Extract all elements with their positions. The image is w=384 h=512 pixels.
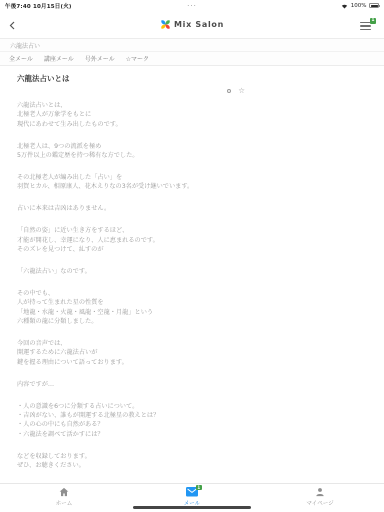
back-button[interactable] (9, 20, 17, 30)
status-bar: 午後7:40 10月15日(火) ··· 100% (0, 0, 384, 11)
status-time-date: 午後7:40 10月15日(火) (5, 2, 72, 10)
chevron-left-icon (9, 21, 15, 30)
home-indicator[interactable] (133, 506, 251, 509)
mailbox-title-bar: 六龍法占い (0, 39, 384, 52)
mail-paragraph: 今回の音声では、 開運するために六龍法占いが 鍵を握る理由について語っております… (17, 339, 250, 367)
mail-paragraph: 占いに本来は吉凶はありません。 (17, 204, 250, 213)
wifi-icon (341, 3, 348, 9)
menu-bar (360, 29, 371, 30)
tab-bar-label-mypage: マイページ (306, 499, 333, 507)
brand-name: Mix Salon (174, 20, 224, 29)
mail-paragraph: 内容ですが… (17, 380, 250, 389)
mail-paragraph: その中でも、 人が持って生まれた星の性質を 「地龍・水龍・火龍・風龍・空龍・月龍… (17, 289, 250, 327)
mail-paragraph: などを収録しております。 ぜひ、お聴きください。 (17, 452, 250, 471)
mail-paragraph: 北極老人は、9つの流派を極め 5万件以上の鑑定歴を持つ稀有な方でした。 (17, 142, 250, 161)
mail-paragraph: 六龍法占いとは、 北極老人が万象学をもとに 現代にあわせて生み出したものです。 (17, 101, 250, 129)
unread-circle-icon[interactable] (227, 89, 232, 94)
tab-bar-item-mypage[interactable]: マイページ (256, 484, 384, 512)
multitask-dots-icon[interactable]: ··· (187, 3, 197, 9)
battery-icon (369, 3, 379, 8)
mail-paragraph: ・人の意識を6つに分類する占いについて。 ・吉凶がない、誰もが開運する北極星の教… (17, 402, 250, 440)
tab-all-mail[interactable]: 全メール (9, 54, 33, 63)
person-icon (314, 487, 326, 497)
menu-button[interactable]: 1 (360, 22, 371, 30)
brand-logo: Mix Salon (160, 19, 224, 30)
mailbox-title: 六龍法占い (10, 41, 40, 50)
tab-star-mark[interactable]: ☆マーク (126, 54, 149, 63)
mail-paragraph: その北極老人が編み出した「占い」を 羽賀ヒカル、相原康人、花木えりなの3名が受け… (17, 173, 250, 192)
brand-pinwheel-icon (160, 19, 171, 30)
status-right-cluster: 100% (341, 3, 379, 9)
app-screen: 午後7:40 10月15日(火) ··· 100% Mix Salon (0, 0, 384, 512)
battery-percent: 100% (351, 3, 367, 9)
tab-extra-mail[interactable]: 号外メール (85, 54, 115, 63)
menu-notification-badge: 1 (370, 18, 376, 24)
tab-bar-label-home: ホーム (56, 499, 73, 507)
mail-paragraph: 「六龍法占い」なのです。 (17, 267, 250, 276)
mail-title: 六龍法占いとは (17, 73, 250, 84)
tab-bar-item-home[interactable]: ホーム (0, 484, 128, 512)
mail-notification-badge: 1 (196, 485, 202, 491)
tab-course-mail[interactable]: 講座メール (44, 54, 74, 63)
mail-body: 六龍法占いとは、 北極老人が万象学をもとに 現代にあわせて生み出したものです。 … (17, 101, 250, 471)
menu-bar (360, 25, 371, 26)
mail-paragraph: 「自然の姿」に近い生き方をするほど、 才能が開花し、幸運になり、人に恵まれるので… (17, 226, 250, 254)
mail-filter-tabs: 全メール 講座メール 号外メール ☆マーク (0, 52, 384, 66)
home-icon (58, 487, 70, 497)
favorite-star-icon[interactable]: ☆ (238, 87, 245, 95)
mail-actions: ☆ (17, 86, 245, 96)
app-header: Mix Salon 1 (0, 11, 384, 39)
mail-content: 六龍法占いとは ☆ 六龍法占いとは、 北極老人が万象学をもとに 現代にあわせて生… (0, 66, 250, 471)
mail-icon: 1 (186, 487, 198, 497)
